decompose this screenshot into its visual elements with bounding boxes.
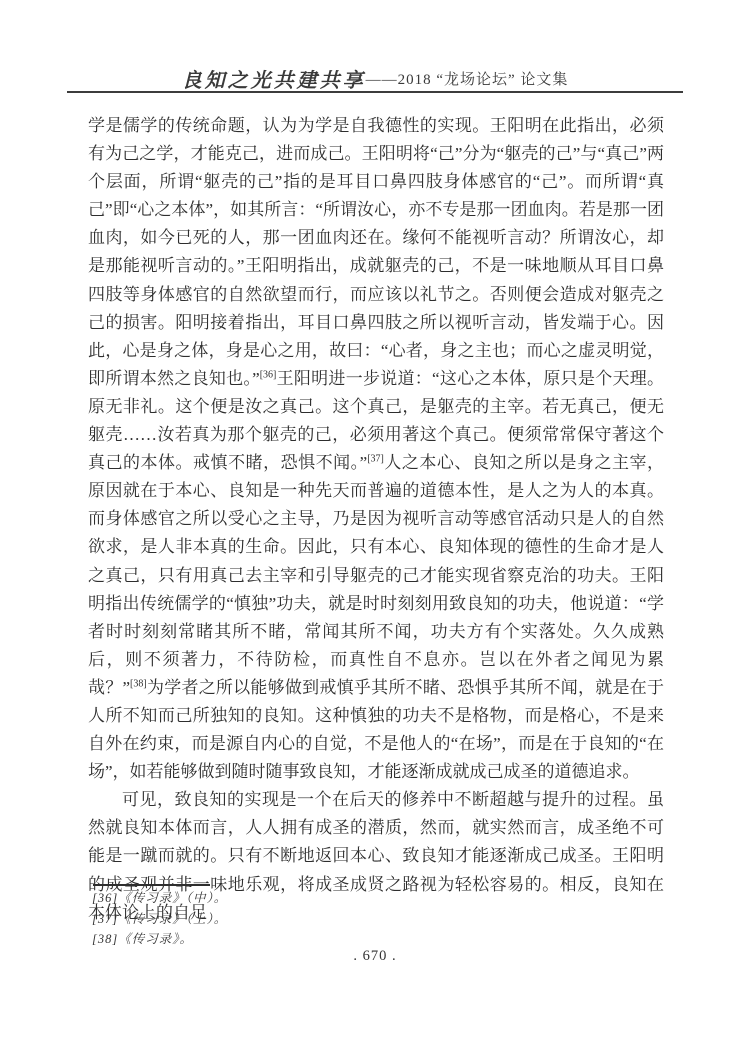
paragraph-text: 学是儒学的传统命题，认为为学是自我德性的实现。王阳明在此指出，必须有为己之学，才… — [88, 116, 664, 388]
body-paragraph-1: 学是儒学的传统命题，认为为学是自我德性的实现。王阳明在此指出，必须有为己之学，才… — [88, 112, 664, 786]
footnote-37: [37]《传习录》（上）。 — [92, 909, 492, 930]
page-header: 良知之光共建共享——2018 “龙场论坛” 论文集 — [0, 64, 750, 93]
footnotes: [36]《传习录》（中）。 [37]《传习录》（上）。 [38]《传习录》。 — [92, 888, 492, 950]
body-text: 学是儒学的传统命题，认为为学是自我德性的实现。王阳明在此指出，必须有为己之学，才… — [88, 112, 664, 927]
header-subtitle: ——2018 “龙场论坛” 论文集 — [366, 72, 569, 88]
page: 良知之光共建共享——2018 “龙场论坛” 论文集 学是儒学的传统命题，认为为学… — [0, 0, 750, 1047]
header-rule — [67, 91, 683, 93]
paragraph-text: 为学者之所以能够做到戒慎乎其所不睹、恐惧乎其所不闻，就是在于人所不知而己所独知的… — [88, 678, 664, 781]
paragraph-text: 人之本心、良知之所以是身之主宰，原因就在于本心、良知是一种先天而普遍的道德本性，… — [88, 453, 664, 697]
header-calligraphy-title: 良知之光共建共享 — [182, 68, 366, 92]
footnote-ref-36: [36] — [260, 369, 277, 380]
footnote-ref-37: [37] — [367, 453, 384, 464]
footnote-36: [36]《传习录》（中）。 — [92, 888, 492, 909]
footnote-ref-38: [38] — [130, 678, 147, 689]
footnote-38: [38]《传习录》。 — [92, 929, 492, 950]
footnote-separator — [93, 884, 210, 886]
page-number: . 670 . — [0, 948, 750, 965]
